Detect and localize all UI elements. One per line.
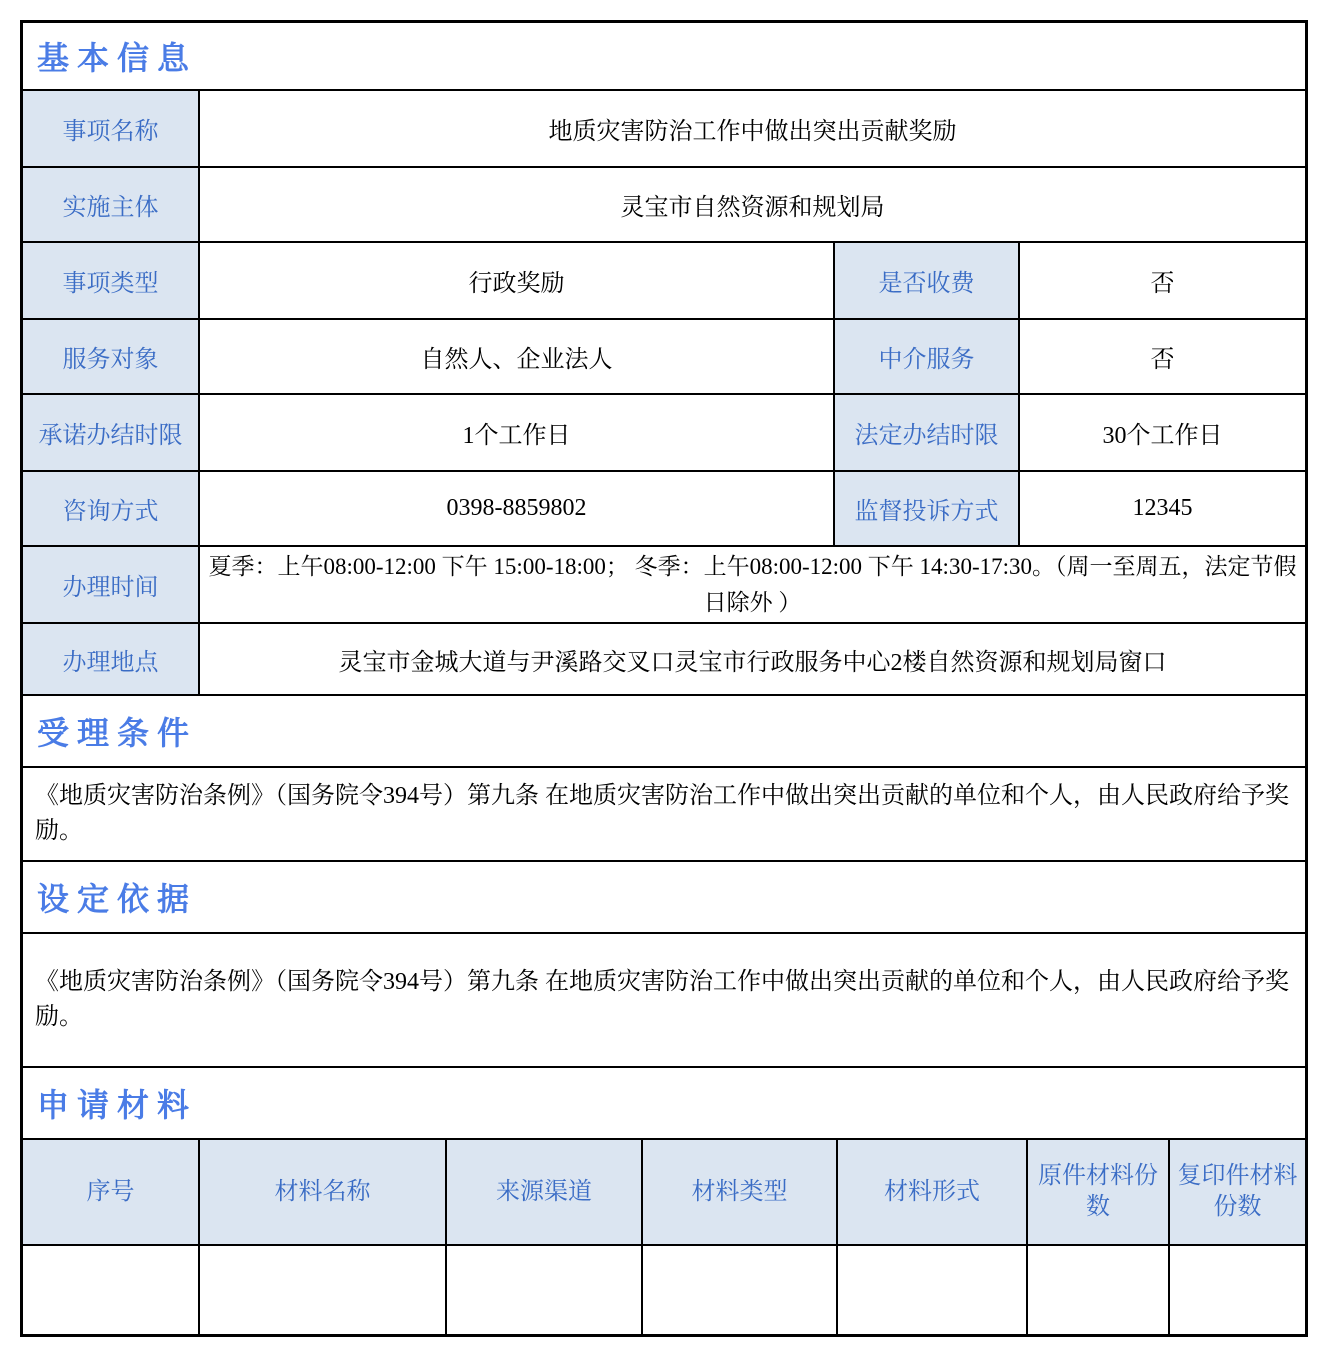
field-value-office-hours: 夏季：上午08:00-12:00 下午 15:00-18:00； 冬季：上午08…	[200, 547, 1305, 622]
field-value-intermediary-service: 否	[1020, 320, 1305, 393]
materials-col-photocopy-copies: 复印件材料份数	[1170, 1140, 1305, 1244]
section-title-basis: 设定依据	[23, 866, 211, 928]
field-label-office-hours: 办理时间	[23, 547, 200, 622]
row-item-type-fee: 事项类型 行政奖励 是否收费 否	[23, 243, 1305, 320]
materials-cell-serial-number	[23, 1246, 200, 1334]
section-basic-info-header: 基本信息	[23, 23, 1305, 91]
field-label-fee-charged: 是否收费	[835, 243, 1020, 318]
field-label-implementing-body: 实施主体	[23, 168, 200, 241]
row-service-target-intermediary: 服务对象 自然人、企业法人 中介服务 否	[23, 320, 1305, 395]
field-label-intermediary-service: 中介服务	[835, 320, 1020, 393]
materials-cell-source-channel	[447, 1246, 643, 1334]
field-label-statutory-time-limit: 法定办结时限	[835, 395, 1020, 470]
section-acceptance-header: 受理条件	[23, 696, 1305, 768]
field-value-service-target: 自然人、企业法人	[200, 320, 835, 393]
field-value-implementing-body: 灵宝市自然资源和规划局	[200, 168, 1305, 241]
field-label-service-target: 服务对象	[23, 320, 200, 393]
field-label-consultation-method: 咨询方式	[23, 472, 200, 545]
row-implementing-body: 实施主体 灵宝市自然资源和规划局	[23, 168, 1305, 243]
materials-col-original-copies: 原件材料份数	[1028, 1140, 1170, 1244]
acceptance-content-text: 《地质灾害防治条例》（国务院令394号）第九条 在地质灾害防治工作中做出突出贡献…	[23, 773, 1305, 855]
row-office-hours: 办理时间 夏季：上午08:00-12:00 下午 15:00-18:00； 冬季…	[23, 547, 1305, 624]
materials-empty-row	[23, 1246, 1305, 1334]
materials-cell-original-copies	[1028, 1246, 1170, 1334]
materials-col-material-name: 材料名称	[200, 1140, 447, 1244]
field-label-promised-time-limit: 承诺办结时限	[23, 395, 200, 470]
materials-col-serial-number: 序号	[23, 1140, 200, 1244]
field-value-fee-charged: 否	[1020, 243, 1305, 318]
row-contact-complaint: 咨询方式 0398-8859802 监督投诉方式 12345	[23, 472, 1305, 547]
field-label-office-location: 办理地点	[23, 624, 200, 694]
section-title-basic-info: 基本信息	[23, 25, 211, 87]
service-info-table: 基本信息 事项名称 地质灾害防治工作中做出突出贡献奖励 实施主体 灵宝市自然资源…	[20, 20, 1308, 1337]
field-label-item-type: 事项类型	[23, 243, 200, 318]
field-value-office-location: 灵宝市金城大道与尹溪路交叉口灵宝市行政服务中心2楼自然资源和规划局窗口	[200, 624, 1305, 694]
materials-col-material-form: 材料形式	[838, 1140, 1028, 1244]
materials-cell-material-name	[200, 1246, 447, 1334]
field-value-complaint-method: 12345	[1020, 472, 1305, 545]
row-item-name: 事项名称 地质灾害防治工作中做出突出贡献奖励	[23, 91, 1305, 168]
materials-table-header-row: 序号 材料名称 来源渠道 材料类型 材料形式 原件材料份数 复印件材料份数	[23, 1140, 1305, 1246]
materials-cell-material-form	[838, 1246, 1028, 1334]
field-value-consultation-method: 0398-8859802	[200, 472, 835, 545]
materials-col-material-type: 材料类型	[643, 1140, 838, 1244]
materials-col-source-channel: 来源渠道	[447, 1140, 643, 1244]
section-title-acceptance: 受理条件	[23, 700, 211, 762]
field-label-item-name: 事项名称	[23, 91, 200, 166]
field-value-promised-time-limit: 1个工作日	[200, 395, 835, 470]
materials-cell-material-type	[643, 1246, 838, 1334]
field-value-item-type: 行政奖励	[200, 243, 835, 318]
field-value-statutory-time-limit: 30个工作日	[1020, 395, 1305, 470]
row-basis-content: 《地质灾害防治条例》（国务院令394号）第九条 在地质灾害防治工作中做出突出贡献…	[23, 934, 1305, 1068]
materials-cell-photocopy-copies	[1170, 1246, 1305, 1334]
field-value-item-name: 地质灾害防治工作中做出突出贡献奖励	[200, 91, 1305, 166]
section-title-materials: 申请材料	[23, 1072, 211, 1134]
basis-content-text: 《地质灾害防治条例》（国务院令394号）第九条 在地质灾害防治工作中做出突出贡献…	[23, 959, 1305, 1041]
field-label-complaint-method: 监督投诉方式	[835, 472, 1020, 545]
section-materials-header: 申请材料	[23, 1068, 1305, 1140]
row-time-limits: 承诺办结时限 1个工作日 法定办结时限 30个工作日	[23, 395, 1305, 472]
row-office-location: 办理地点 灵宝市金城大道与尹溪路交叉口灵宝市行政服务中心2楼自然资源和规划局窗口	[23, 624, 1305, 696]
section-basis-header: 设定依据	[23, 862, 1305, 934]
row-acceptance-content: 《地质灾害防治条例》（国务院令394号）第九条 在地质灾害防治工作中做出突出贡献…	[23, 768, 1305, 862]
